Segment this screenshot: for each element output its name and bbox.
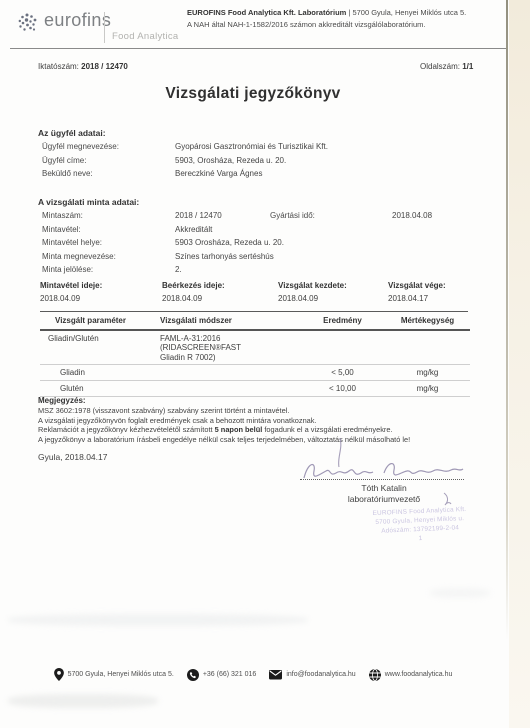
date-label: Vizsgálat vége:	[388, 281, 446, 290]
scan-smudge	[8, 614, 308, 626]
column-header: Mértékegység	[385, 316, 470, 329]
field-label: Beküldő neve:	[42, 169, 175, 178]
notes-section: Megjegyzés: MSZ 3602:1978 (visszavont sz…	[38, 396, 488, 445]
sample-row: Mintavétel helye: 5903 Orosháza, Rezeda …	[0, 238, 506, 252]
field-value: Gyopárosi Gasztronómiai és Turisztikai K…	[175, 142, 328, 151]
date-value: 2018.04.09	[162, 294, 278, 303]
registry-number-value: 2018 / 12470	[81, 62, 128, 71]
signature-line	[300, 479, 464, 480]
field-value: Színes tarhonyás sertéshús	[175, 252, 274, 261]
field-value: Bereczkiné Varga Ágnes	[175, 169, 262, 178]
sample-row: Mintaszám: 2018 / 12470 Gyártási idő: 20…	[0, 211, 506, 225]
parameter-name: Glutén	[40, 384, 160, 393]
table-row-gliadin: Gliadin < 5,00 mg/kg	[40, 367, 470, 378]
pen-tick	[442, 492, 452, 506]
logo-subtitle: Food Analytica	[112, 31, 179, 42]
date-value: 2018.04.09	[278, 294, 388, 303]
note-line-part: Reklamációt a jegyzőkönyv kézhezvételétő…	[38, 425, 215, 434]
scan-edge-strip	[509, 0, 530, 728]
scanned-lab-report: eurofins Food Analytica EUROFINS Food An…	[0, 0, 530, 728]
result-unit: mg/kg	[385, 384, 470, 393]
method-cell: FAML-A-31:2016 (RIDASCREEN®FAST Gliadin …	[160, 334, 300, 363]
field-value: 5903, Orosháza, Rezeda u. 20.	[175, 156, 286, 165]
place-and-date: Gyula, 2018.04.17	[38, 452, 107, 462]
empty-cell	[385, 334, 470, 363]
results-table-header-row: Vizsgált paraméter Vizsgálati módszer Er…	[40, 316, 470, 329]
table-row-line	[40, 380, 470, 381]
registry-number-label: Iktatószám:	[38, 62, 81, 71]
note-line: Reklamációt a jegyzőkönyv kézhezvételétő…	[38, 425, 488, 435]
production-date-value: 2018.04.08	[392, 211, 432, 220]
date-value: 2018.04.09	[40, 294, 162, 303]
page-number: Oldalszám: 1/1	[420, 62, 473, 71]
lab-address-block: EUROFINS Food Analytica Kft. Laboratóriu…	[187, 7, 509, 31]
field-value: 2018 / 12470	[175, 211, 270, 220]
column-header: Eredmény	[300, 316, 385, 329]
globe-icon	[369, 669, 381, 681]
field-label: Ügyfél címe:	[42, 156, 175, 165]
lab-org-name: EUROFINS Food Analytica Kft. Laboratóriu…	[187, 8, 346, 17]
date-label: Mintavétel ideje:	[40, 281, 162, 290]
meta-row: Iktatószám: 2018 / 12470 Oldalszám: 1/1	[0, 62, 506, 74]
table-header-line	[40, 329, 470, 331]
footer-website-text: www.foodanalytica.hu	[385, 671, 453, 678]
phone-icon	[187, 669, 199, 681]
header-divider-line	[10, 48, 506, 49]
parameter-name: Gliadin	[40, 368, 160, 377]
client-row: Beküldő neve: Bereczkiné Varga Ágnes	[0, 169, 506, 183]
field-value: 2.	[175, 265, 182, 274]
date-value: 2018.04.17	[388, 294, 428, 303]
table-row-gluten: Glutén < 10,00 mg/kg	[40, 383, 470, 394]
client-section-rows: Ügyfél megnevezése: Gyopárosi Gasztronóm…	[0, 142, 506, 183]
location-pin-icon	[54, 668, 64, 681]
results-table: Vizsgált paraméter Vizsgálati módszer Er…	[40, 316, 470, 399]
footer-website: www.foodanalytica.hu	[369, 669, 453, 681]
footer-phone: +36 (66) 321 016	[187, 669, 257, 681]
scan-edge-line	[506, 0, 508, 640]
note-line: A jegyzőkönyv a laboratórium írásbeli en…	[38, 435, 488, 445]
footer-phone-text: +36 (66) 321 016	[203, 671, 257, 678]
sample-section-heading: A vizsgálati minta adatai:	[38, 197, 139, 207]
client-section-heading: Az ügyfél adatai:	[38, 128, 106, 138]
email-icon	[269, 670, 282, 680]
parameter-group-name: Gliadin/Glutén	[40, 334, 160, 363]
field-value: Akkreditált	[175, 225, 212, 234]
eurofins-logo-wordmark: eurofins	[44, 10, 111, 31]
column-header: Vizsgált paraméter	[40, 316, 160, 329]
field-label: Minta megnevezése:	[42, 252, 175, 261]
production-date-label: Gyártási idő:	[270, 211, 392, 220]
note-line: A vizsgálati jegyzőkönyvön foglalt eredm…	[38, 416, 488, 426]
company-stamp: EUROFINS Food Analytica Kft. 5700 Gyula,…	[329, 503, 510, 547]
dates-values-row: 2018.04.09 2018.04.09 2018.04.09 2018.04…	[0, 294, 530, 303]
lab-accreditation-line: A NAH által NAH-1-1582/2016 számon akkre…	[187, 19, 509, 31]
document-title: Vizsgálati jegyzőkönyv	[0, 85, 506, 103]
column-header: Vizsgálati módszer	[160, 316, 300, 329]
field-value: 5903 Orosháza, Rezeda u. 20.	[175, 238, 284, 247]
scan-smudge	[430, 588, 490, 598]
sample-section-rows: Mintaszám: 2018 / 12470 Gyártási idő: 20…	[0, 211, 506, 279]
dates-labels-row: Mintavétel ideje: Beérkezés ideje: Vizsg…	[0, 281, 530, 290]
table-row-parameter-group: Gliadin/Glutén FAML-A-31:2016 (RIDASCREE…	[40, 334, 470, 363]
page-number-value: 1/1	[462, 62, 473, 71]
sample-row: Minta jelölése: 2.	[0, 265, 506, 279]
client-row: Ügyfél megnevezése: Gyopárosi Gasztronóm…	[0, 142, 506, 156]
client-row: Ügyfél címe: 5903, Orosháza, Rezeda u. 2…	[0, 156, 506, 170]
sample-row: Minta megnevezése: Színes tarhonyás sert…	[0, 252, 506, 266]
page-number-label: Oldalszám:	[420, 62, 462, 71]
field-label: Mintavétel:	[42, 225, 175, 234]
result-value: < 5,00	[300, 368, 385, 377]
result-value: < 10,00	[300, 384, 385, 393]
logo-divider	[104, 12, 105, 43]
method-line: (RIDASCREEN®FAST	[160, 343, 300, 353]
handwritten-signature	[298, 456, 468, 486]
table-top-line	[40, 311, 468, 312]
notes-heading: Megjegyzés:	[38, 396, 488, 406]
date-label: Vizsgálat kezdete:	[278, 281, 388, 290]
empty-cell	[300, 334, 385, 363]
note-line: MSZ 3602:1978 (visszavont szabvány) szab…	[38, 406, 488, 416]
sample-row: Mintavétel: Akkreditált	[0, 225, 506, 239]
note-line-part: fogadunk el a vizsgálati eredményekre.	[262, 425, 392, 434]
footer-email: info@foodanalytica.hu	[269, 670, 355, 680]
field-label: Ügyfél megnevezése:	[42, 142, 175, 151]
footer-contact-bar: 5700 Gyula, Henyei Miklós utca 5. +36 (6…	[0, 668, 506, 681]
footer-email-text: info@foodanalytica.hu	[286, 671, 355, 678]
lab-org-address: | 5700 Gyula, Henyei Miklós utca 5.	[346, 8, 466, 17]
field-label: Minta jelölése:	[42, 265, 175, 274]
registry-number: Iktatószám: 2018 / 12470	[38, 62, 128, 71]
field-label: Mintaszám:	[42, 211, 175, 220]
note-line-bold: 5 napon belül	[215, 425, 263, 434]
table-row-line	[40, 364, 470, 365]
method-line: Gliadin R 7002)	[160, 353, 300, 363]
field-label: Mintavétel helye:	[42, 238, 175, 247]
result-unit: mg/kg	[385, 368, 470, 377]
eurofins-logo-icon	[17, 12, 41, 41]
date-label: Beérkezés ideje:	[162, 281, 278, 290]
scan-smudge	[8, 694, 158, 708]
method-line: FAML-A-31:2016	[160, 334, 300, 344]
footer-address-text: 5700 Gyula, Henyei Miklós utca 5.	[68, 671, 174, 678]
footer-address: 5700 Gyula, Henyei Miklós utca 5.	[54, 668, 174, 681]
lab-org-line: EUROFINS Food Analytica Kft. Laboratóriu…	[187, 7, 509, 19]
